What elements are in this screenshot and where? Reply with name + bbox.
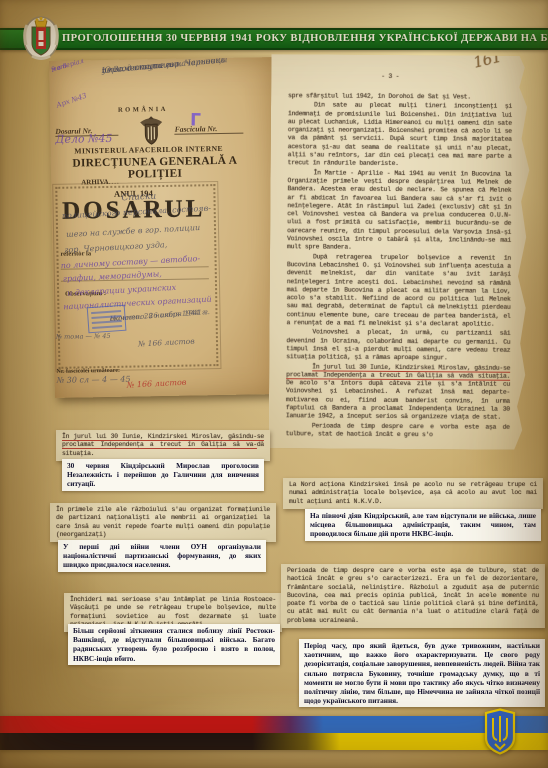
- typed-fragment: În jurul lui 30 Iunie, Kindzirskei Miros…: [56, 430, 270, 461]
- typed-paragraph: În Martie - Aprilie - Mai 1941 au venit …: [287, 169, 512, 254]
- dossier-cover-document: матеріал 9 в 8 Арх №43 Ю Заместитель нач…: [49, 57, 278, 398]
- translation-note: Більш серйозні зіткнення сталися поблизу…: [68, 624, 280, 665]
- typed-report-page: 161 - 3 - spre sfârșitul lui 1942, în Do…: [269, 54, 536, 450]
- handwritten-sheet-count-red: № 166 листов: [127, 378, 187, 390]
- translation-note: 30 червня Кіндзірський Мирослав проголос…: [62, 459, 264, 491]
- handwritten-case-number: Дело №45: [55, 132, 112, 146]
- archive-stamp: [87, 305, 127, 334]
- flag-band-bottom-stripe: [0, 733, 548, 750]
- poster-canvas: ПРОГОЛОШЕННЯ 30 ЧЕРВНЯ 1941 РОКУ ВІДНОВЛ…: [0, 0, 548, 768]
- red-underlined-sentence: În jurul lui 30 Iunie, Kindzirskei Miros…: [286, 363, 510, 380]
- fascicle-stamp: Г: [190, 110, 201, 130]
- typed-paragraph: Voinovshei a plecat, în urmă, cu partiza…: [286, 329, 510, 364]
- fascicula-number-label: Fascicula Nr.: [175, 124, 244, 135]
- handwritten-volume-note: № тома — № 45: [56, 332, 111, 341]
- translation-note: У перші дні війни члени ОУН організували…: [58, 540, 266, 572]
- typed-paragraph-underlined: În jurul lui 30 Iunie, Kindzirskei Miros…: [286, 363, 510, 423]
- flag-band-top-stripe: [0, 716, 548, 733]
- handwritten-bottom-note: № 30 сл — 4 — 45: [57, 375, 131, 385]
- bukovyna-coat-of-arms-icon: [22, 11, 60, 61]
- poster-title: ПРОГОЛОШЕННЯ 30 ЧЕРВНЯ 1941 РОКУ ВІДНОВЛ…: [62, 30, 544, 48]
- typed-fragment: La Nord acționa Kindzirskei însă pe acol…: [283, 478, 543, 509]
- typed-fragment: Perioada de timp despre care e vorba est…: [281, 564, 545, 628]
- flag-band: [0, 716, 548, 750]
- handwritten-line: Списки: [121, 192, 156, 204]
- typed-body: spre sfârșitul lui 1942, în Dorohoi de S…: [286, 92, 512, 441]
- next-fascicle-label: Nr. fascicolei următoare:: [56, 368, 120, 375]
- typed-paragraph: Din sate au plecat mulți tineri inconști…: [288, 101, 512, 169]
- typed-paragraph: Perioada de timp despre care e vorba est…: [286, 422, 510, 440]
- page-number: - 3 -: [271, 72, 509, 82]
- red-underlined-sentence: În jurul lui 30 Iunie, Kindzirskei Miros…: [62, 433, 264, 448]
- translation-note: На півночі діяв Кіндзірський, але там ві…: [305, 509, 541, 541]
- handwritten-folio-number: 161: [473, 52, 502, 67]
- typed-fragment: În primele zile ale războiului s'au orga…: [50, 503, 276, 542]
- translation-note: Період часу, про який йдеться, був дуже …: [299, 639, 545, 707]
- header-band: ПРОГОЛОШЕННЯ 30 ЧЕРВНЯ 1941 РОКУ ВІДНОВЛ…: [0, 28, 548, 50]
- typed-paragraph: După retragerea trupelor bolșevice a rev…: [286, 253, 511, 329]
- tryzub-icon: [484, 708, 516, 755]
